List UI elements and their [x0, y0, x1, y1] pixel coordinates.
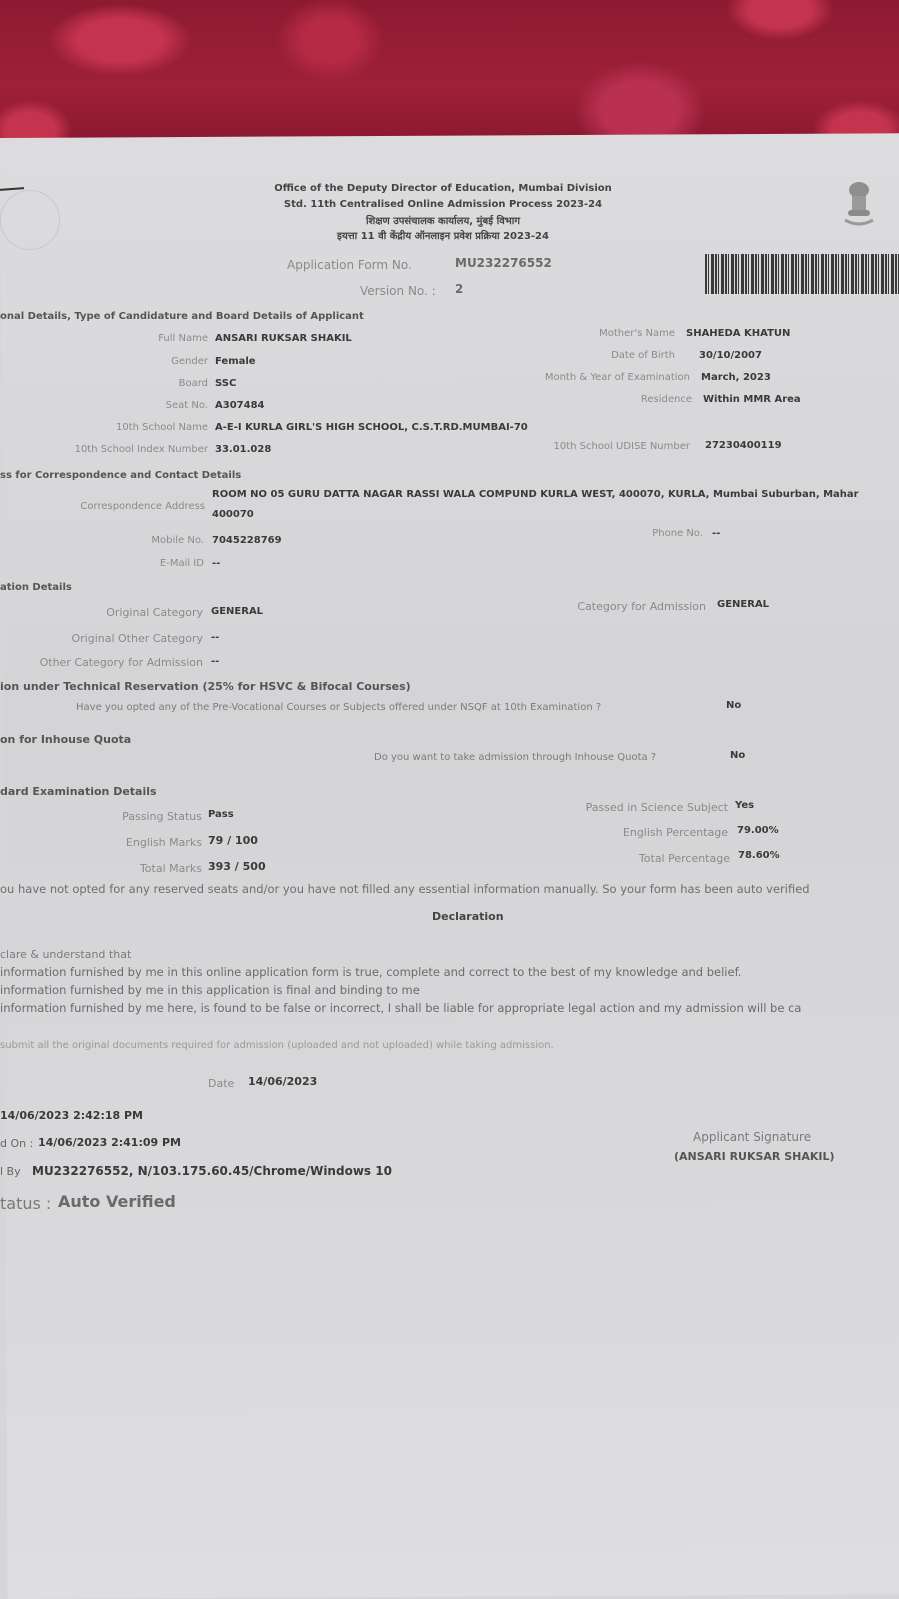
address-label: Correspondence Address — [40, 501, 205, 512]
form-no: MU232276552 — [455, 256, 552, 270]
declaration-line4: submit all the original documents requir… — [0, 1040, 554, 1051]
section-contact-title: ss for Correspondence and Contact Detail… — [0, 470, 241, 481]
declaration-line3: information furnished by me here, is fou… — [0, 1001, 801, 1015]
category-admission-label: Category for Admission — [540, 600, 706, 613]
science-passed: Yes — [735, 800, 754, 811]
seat-no-label: Seat No. — [150, 400, 208, 411]
phone-label: Phone No. — [620, 528, 703, 539]
mobile-no: 7045228769 — [212, 535, 282, 546]
office-title: Office of the Deputy Director of Educati… — [258, 183, 628, 194]
inhouse-question: Do you want to take admission through In… — [374, 752, 656, 763]
printed-on: 14/06/2023 2:42:18 PM — [0, 1109, 143, 1122]
version-no: 2 — [455, 282, 463, 296]
version-label: Version No. : — [360, 284, 436, 298]
submitted-by: MU232276552, N/103.175.60.45/Chrome/Wind… — [32, 1164, 392, 1178]
section-personal-title: onal Details, Type of Candidature and Bo… — [0, 311, 364, 322]
declaration-intro: clare & understand that — [0, 948, 131, 961]
date-label: Date — [208, 1077, 234, 1090]
category-admission: GENERAL — [717, 599, 769, 610]
declaration-line1: information furnished by me in this onli… — [0, 965, 741, 979]
signature-label: Applicant Signature — [693, 1130, 811, 1144]
gender-label: Gender — [150, 356, 208, 367]
full-name-label: Full Name — [150, 333, 208, 344]
orig-other-category-label: Original Other Category — [40, 632, 203, 645]
exam-month-label: Month & Year of Examination — [500, 372, 690, 383]
index-no: 33.01.028 — [215, 444, 271, 455]
orig-category: GENERAL — [211, 606, 263, 617]
inhouse-answer: No — [730, 750, 745, 761]
dob: 30/10/2007 — [699, 350, 762, 361]
board: SSC — [215, 378, 236, 389]
submitted-on: 14/06/2023 2:41:09 PM — [38, 1136, 181, 1149]
office-title-marathi: शिक्षण उपसंचालक कार्यालय, मुंबई विभाग — [258, 213, 628, 227]
status-label: tatus : — [0, 1194, 51, 1213]
email: -- — [212, 558, 220, 569]
status-value: Auto Verified — [58, 1192, 176, 1211]
total-marks: 393 / 500 — [208, 860, 266, 873]
gender: Female — [215, 356, 256, 367]
school-name-label: 10th School Name — [70, 422, 208, 433]
declaration-line2: information furnished by me in this appl… — [0, 983, 420, 997]
national-emblem-icon — [842, 180, 876, 232]
dob-label: Date of Birth — [540, 350, 675, 361]
section-reservation-title: ation Details — [0, 582, 72, 593]
technical-question: Have you opted any of the Pre-Vocational… — [76, 702, 601, 713]
process-title: Std. 11th Centralised Online Admission P… — [258, 199, 628, 210]
english-pct: 79.00% — [737, 825, 779, 836]
form-no-label: Application Form No. — [287, 258, 412, 272]
section-technical-title: ion under Technical Reservation (25% for… — [0, 680, 411, 693]
orig-other-category: -- — [211, 632, 219, 643]
barcode — [705, 254, 899, 294]
total-pct-label: Total Percentage — [560, 852, 730, 865]
submitted-on-label: d On : — [0, 1137, 33, 1150]
phone-no: -- — [712, 528, 720, 539]
orig-category-label: Original Category — [60, 606, 203, 619]
background-fabric — [0, 0, 899, 145]
exam-month: March, 2023 — [701, 372, 771, 383]
total-marks-label: Total Marks — [90, 862, 202, 875]
process-title-marathi: इयत्ता 11 वी केंद्रीय ऑनलाइन प्रवेश प्रक… — [258, 228, 628, 242]
residence-label: Residence — [560, 394, 692, 405]
passing-status: Pass — [208, 809, 234, 820]
other-category: -- — [211, 656, 219, 667]
school-name: A-E-I KURLA GIRL'S HIGH SCHOOL, C.S.T.RD… — [215, 422, 528, 433]
passing-status-label: Passing Status — [90, 810, 202, 823]
mother-name: SHAHEDA KHATUN — [686, 328, 790, 339]
index-no-label: 10th School Index Number — [40, 444, 208, 455]
section-inhouse-title: on for Inhouse Quota — [0, 733, 131, 746]
mother-name-label: Mother's Name — [540, 328, 675, 339]
seat-no: A307484 — [215, 400, 265, 411]
residence: Within MMR Area — [703, 394, 801, 405]
email-label: E-Mail ID — [120, 558, 204, 569]
address-line2: 400070 — [212, 509, 254, 520]
signature-name: (ANSARI RUKSAR SHAKIL) — [674, 1150, 835, 1163]
seal-stamp-icon — [0, 190, 60, 250]
technical-answer: No — [726, 700, 741, 711]
section-exam-title: dard Examination Details — [0, 785, 157, 798]
english-marks-label: English Marks — [90, 836, 202, 849]
auto-verified-note: ou have not opted for any reserved seats… — [0, 882, 810, 896]
english-marks: 79 / 100 — [208, 834, 258, 847]
address-line1: ROOM NO 05 GURU DATTA NAGAR RASSI WALA C… — [212, 489, 859, 500]
mobile-label: Mobile No. — [120, 535, 204, 546]
board-label: Board — [150, 378, 208, 389]
other-category-label: Other Category for Admission — [10, 656, 203, 669]
declaration-date: 14/06/2023 — [248, 1075, 317, 1088]
submitted-by-label: l By — [0, 1165, 21, 1178]
udise-no: 27230400119 — [705, 440, 782, 451]
udise-label: 10th School UDISE Number — [530, 441, 690, 452]
full-name: ANSARI RUKSAR SHAKIL — [215, 333, 352, 344]
science-label: Passed in Science Subject — [540, 801, 728, 814]
english-pct-label: English Percentage — [560, 826, 728, 839]
total-pct: 78.60% — [738, 850, 780, 861]
declaration-title: Declaration — [432, 910, 504, 923]
